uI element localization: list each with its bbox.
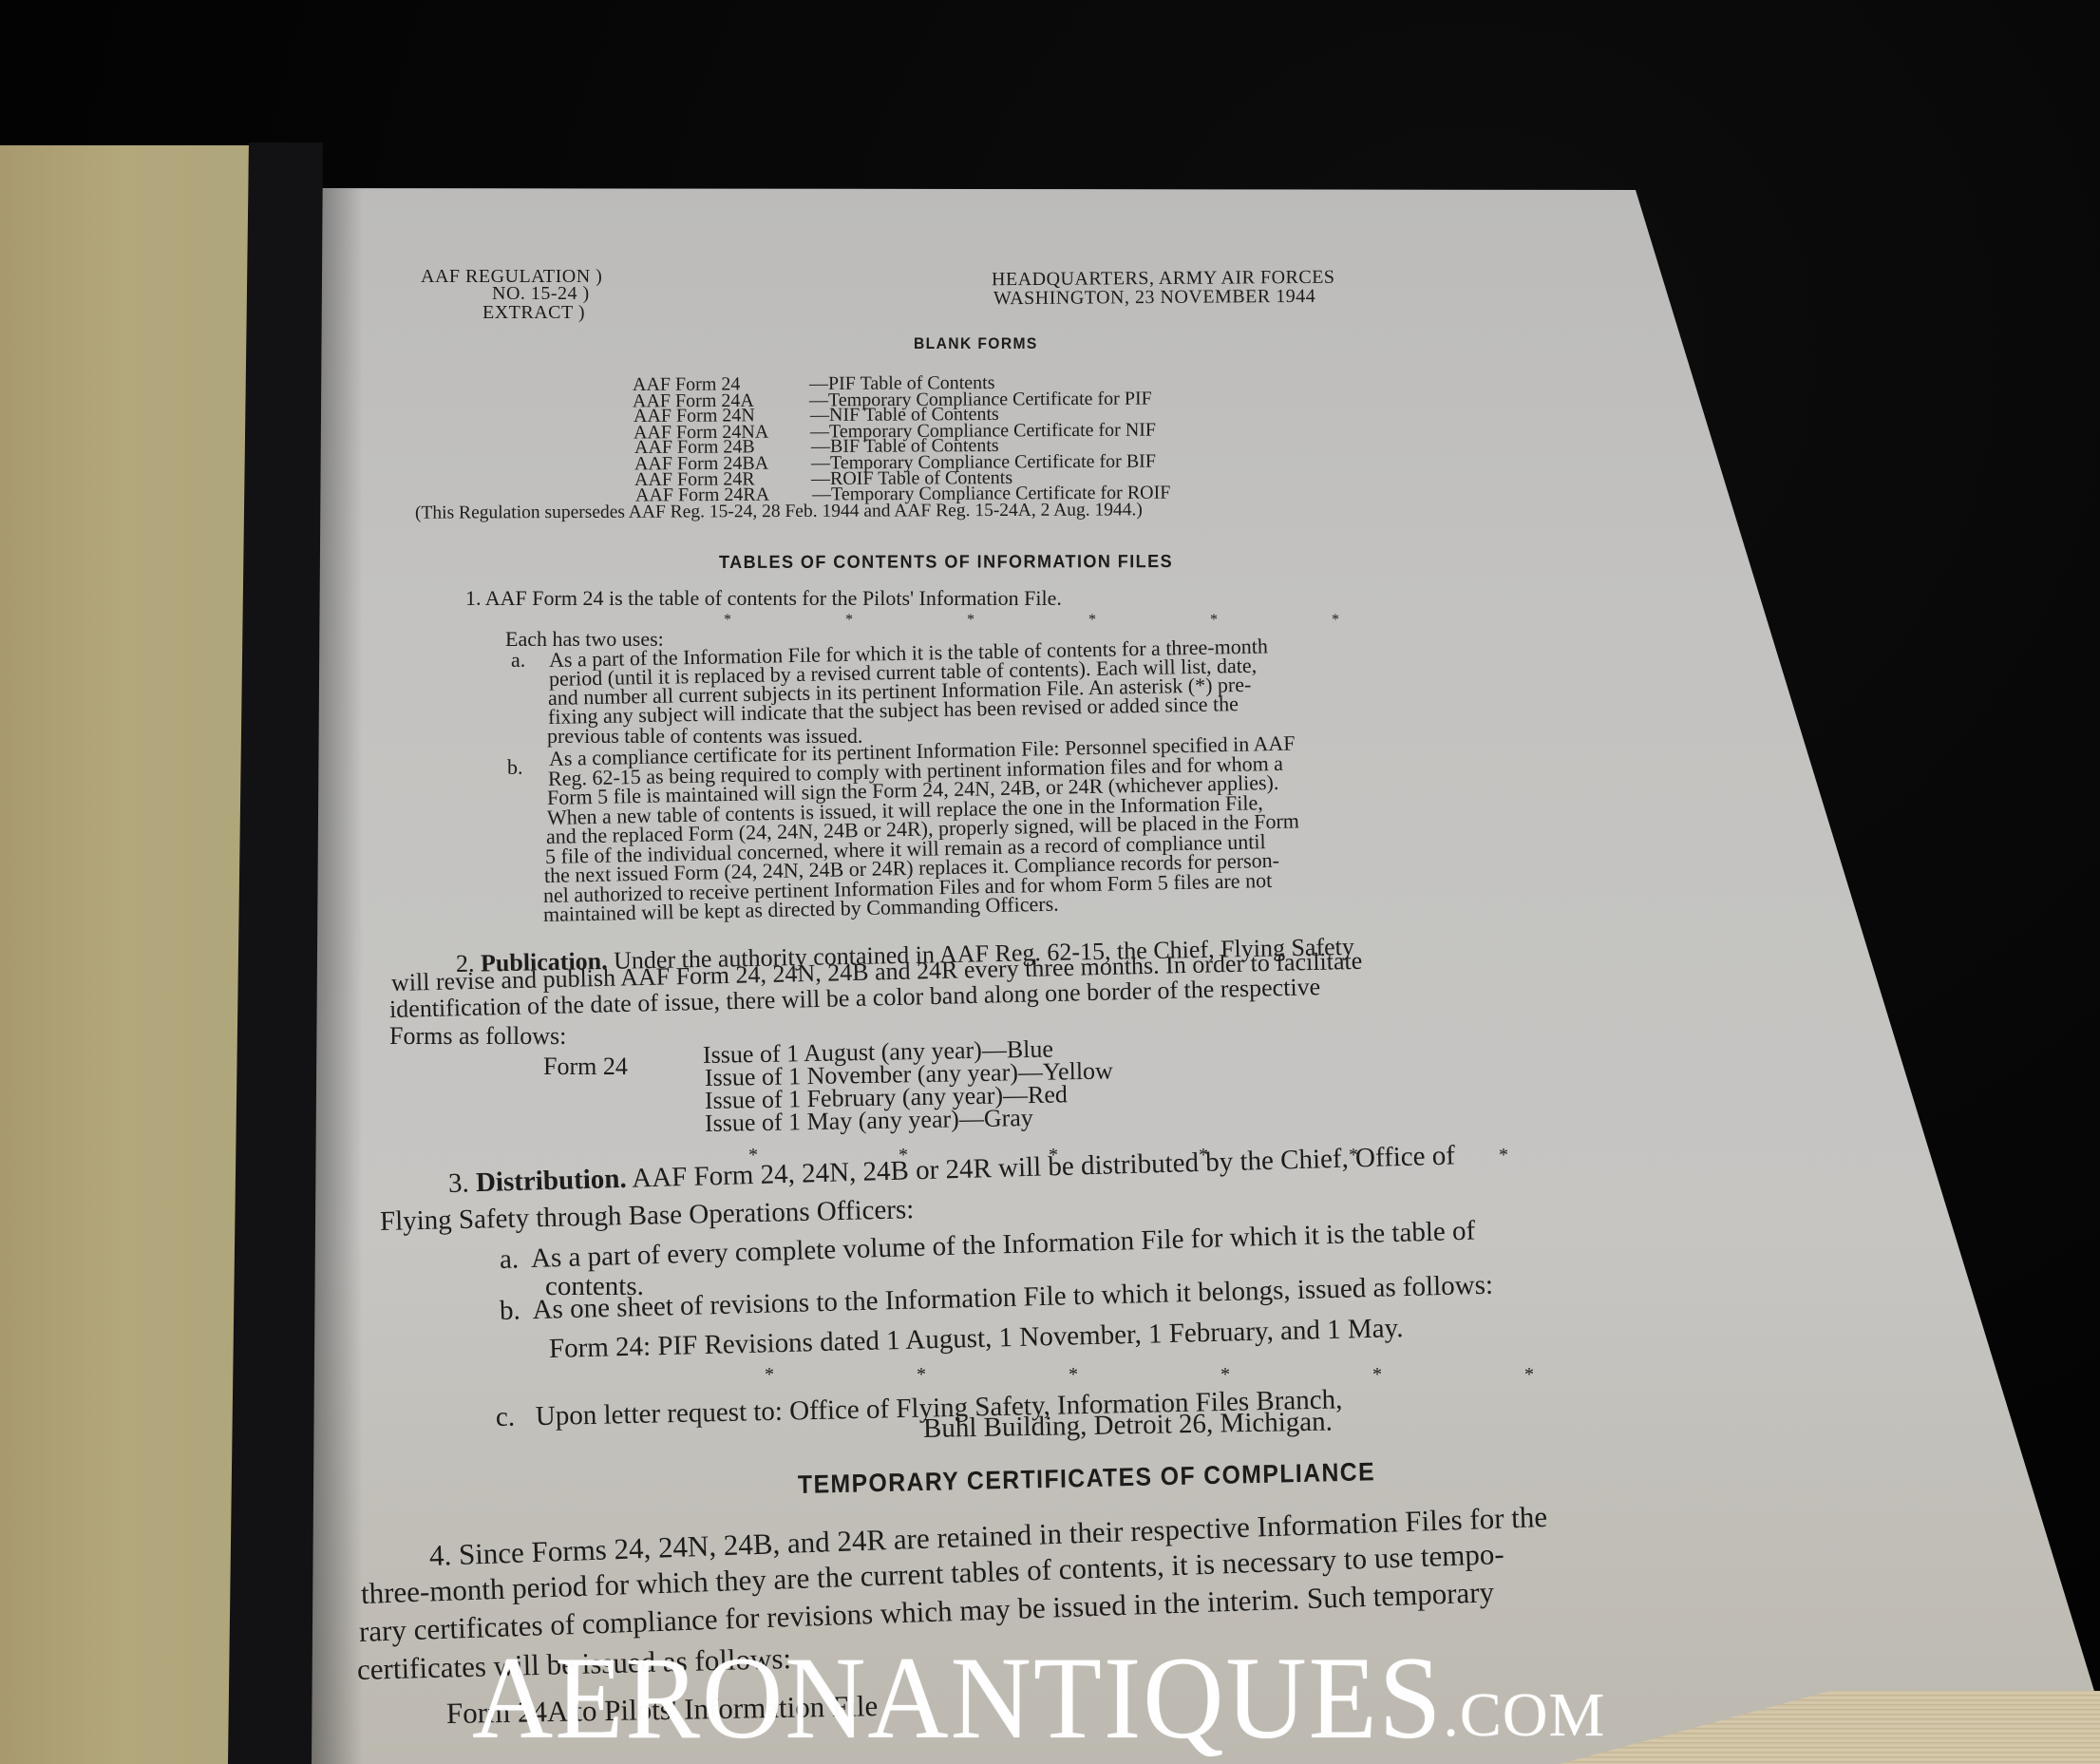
publication-line-4: Forms as follows: [389,1022,566,1051]
distribution-number: 3. [448,1167,470,1199]
watermark-logo: AERONANTIQUES.COM [472,1634,1605,1763]
hq-date-line: WASHINGTON, 23 NOVEMBER 1944 [993,286,1315,310]
photo-scene: AAF REGULATION ) NO. 15-24 ) EXTRACT ) H… [0,0,2100,1764]
watermark-tld: .COM [1443,1680,1605,1750]
asterisk-mark: * [724,612,845,629]
regulation-extract: EXTRACT ) [482,302,585,324]
toc-section-heading: TABLES OF CONTENTS OF INFORMATION FILES [719,552,1173,574]
distribution-a-label: a. [500,1243,520,1275]
ellipsis-stars: ****** [724,612,1453,629]
use-a-label: a. [511,648,525,673]
document-text: AAF REGULATION ) NO. 15-24 ) EXTRACT ) H… [0,0,2100,1764]
asterisk-mark: * [967,612,1088,629]
ellipsis-stars: ****** [765,1364,1676,1386]
asterisk-mark: * [1069,1364,1220,1386]
distribution-c-line-2: Buhl Building, Detroit 26, Michigan. [923,1406,1333,1445]
asterisk-mark: * [1220,1364,1372,1386]
paragraph-1: 1. AAF Form 24 is the table of contents … [465,586,1062,611]
use-b-label: b. [507,755,523,780]
asterisk-mark: * [1210,612,1332,629]
supersedes-note: (This Regulation supersedes AAF Reg. 15-… [415,500,1143,523]
blank-forms-heading: BLANK FORMS [914,334,1038,353]
asterisk-mark: * [845,612,967,629]
asterisk-mark: * [765,1364,917,1386]
distribution-b-label: b. [500,1295,521,1326]
color-band-form-label: Form 24 [543,1053,628,1081]
temporary-section-heading: TEMPORARY CERTIFICATES OF COMPLIANCE [798,1457,1376,1500]
asterisk-mark: * [1524,1364,1676,1386]
watermark-brand: AERONANTIQUES [472,1631,1443,1764]
color-band-issue: Issue of 1 May (any year)—Gray [705,1104,1033,1138]
distribution-line-2: Flying Safety through Base Operations Of… [380,1194,915,1238]
distribution-title: Distribution. [476,1164,628,1198]
asterisk-mark: * [1499,1145,1649,1167]
asterisk-mark: * [917,1364,1069,1386]
asterisk-mark: * [1332,612,1453,629]
distribution-c-label: c. [496,1402,516,1432]
asterisk-mark: * [1372,1364,1524,1386]
asterisk-mark: * [1088,612,1210,629]
